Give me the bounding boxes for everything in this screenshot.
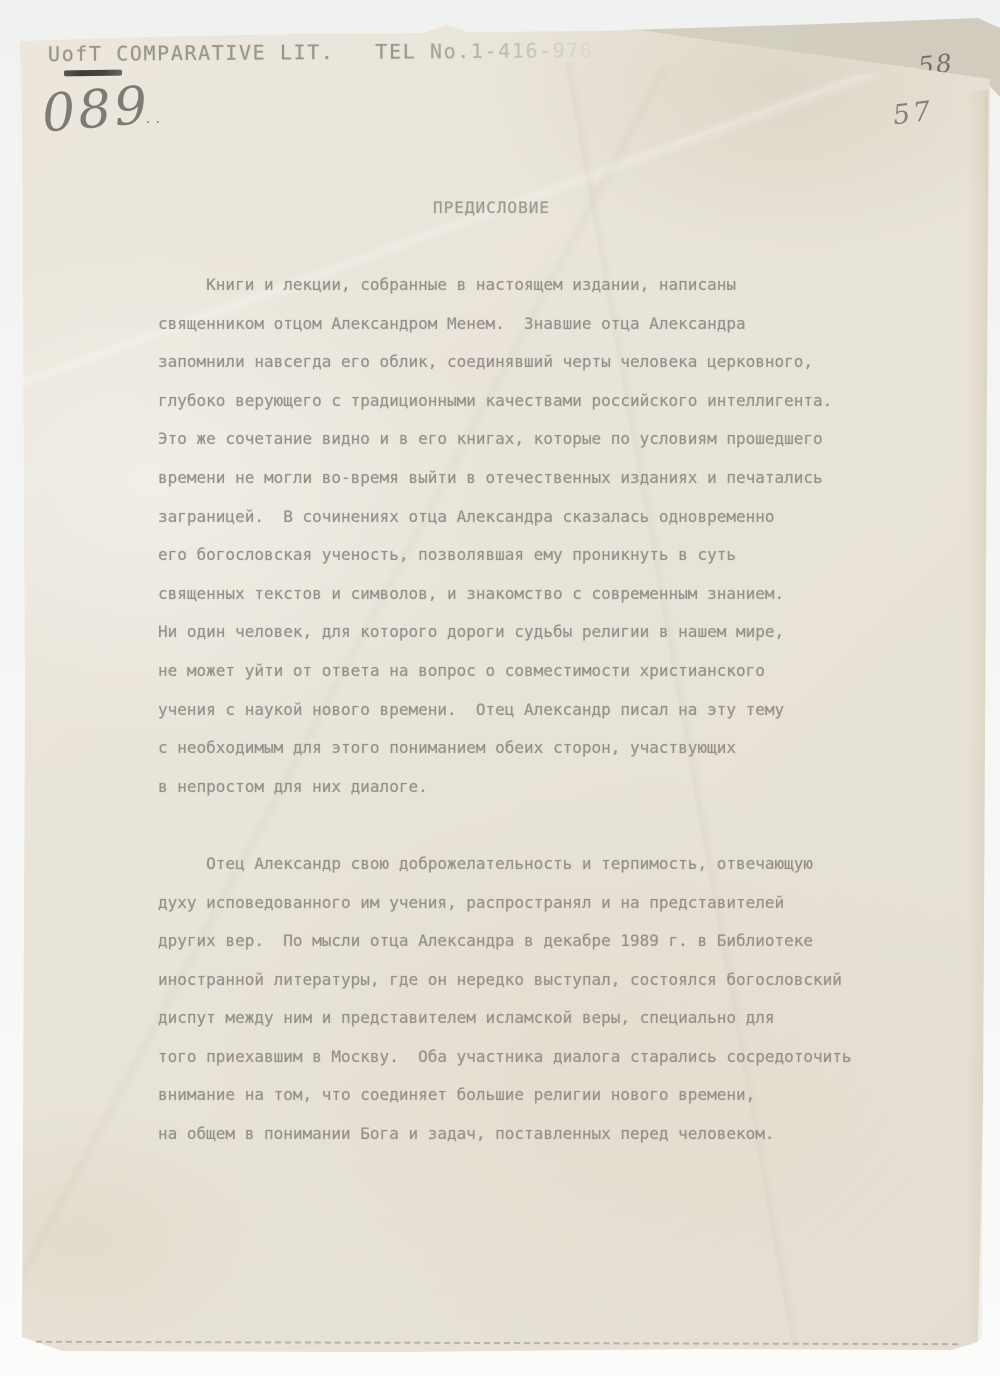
text-line: диспут между ним и представителем исламс… xyxy=(158,999,852,1038)
text-line: священных текстов и символов, и знакомст… xyxy=(158,575,852,614)
text-line: не может уйти от ответа на вопрос о совм… xyxy=(158,652,852,691)
text-line: на общем в понимании Бога и задач, поста… xyxy=(158,1115,852,1154)
paragraph: Отец Александр свою доброжелательность и… xyxy=(158,845,852,1154)
text-line: учения с наукой нового времени. Отец Але… xyxy=(158,691,852,730)
text-line: Это же сочетание видно и в его книгах, к… xyxy=(158,420,852,459)
document-title: ПРЕДИСЛОВИЕ xyxy=(433,198,550,217)
pencil-dots: .. xyxy=(144,112,164,127)
handwritten-page-number: 57 xyxy=(891,96,935,132)
text-line: в непростом для них диалоге. xyxy=(158,768,852,807)
body-text: Книги и лекции, собранные в настоящем из… xyxy=(158,266,852,1154)
text-line: Книги и лекции, собранные в настоящем из… xyxy=(158,266,852,305)
paper-right-edge xyxy=(966,90,988,1340)
text-line: иностранной литературы, где он нередко в… xyxy=(158,961,852,1000)
text-line: заграницей. В сочинениях отца Александра… xyxy=(158,498,852,537)
text-line: запомнили навсегда его облик, соединявши… xyxy=(158,343,852,382)
handwritten-number-top-left: 089 xyxy=(40,75,153,144)
text-line: с необходимым для этого пониманием обеих… xyxy=(158,729,852,768)
fax-header: UofT COMPARATIVE LIT. TEL No.1-416-978- xyxy=(48,38,607,66)
text-line: духу исповедованного им учения, распрост… xyxy=(158,884,852,923)
text-line: глубоко верующего с традиционными качест… xyxy=(158,382,852,421)
text-line: его богословская ученость, позволявшая е… xyxy=(158,536,852,575)
text-line: священником отцом Александром Менем. Зна… xyxy=(158,305,852,344)
redaction-mark xyxy=(64,70,122,77)
text-line: внимание на том, что соединяет большие р… xyxy=(158,1076,852,1115)
text-line: Отец Александр свою доброжелательность и… xyxy=(158,845,852,884)
text-line: времени не могли во-время выйти в отечес… xyxy=(158,459,852,498)
text-line: Ни один человек, для которого дороги суд… xyxy=(158,613,852,652)
text-line: других вер. По мысли отца Александра в д… xyxy=(158,922,852,961)
paragraph: Книги и лекции, собранные в настоящем из… xyxy=(158,266,852,806)
text-line: того приехавшим в Москву. Оба участника … xyxy=(158,1038,852,1077)
